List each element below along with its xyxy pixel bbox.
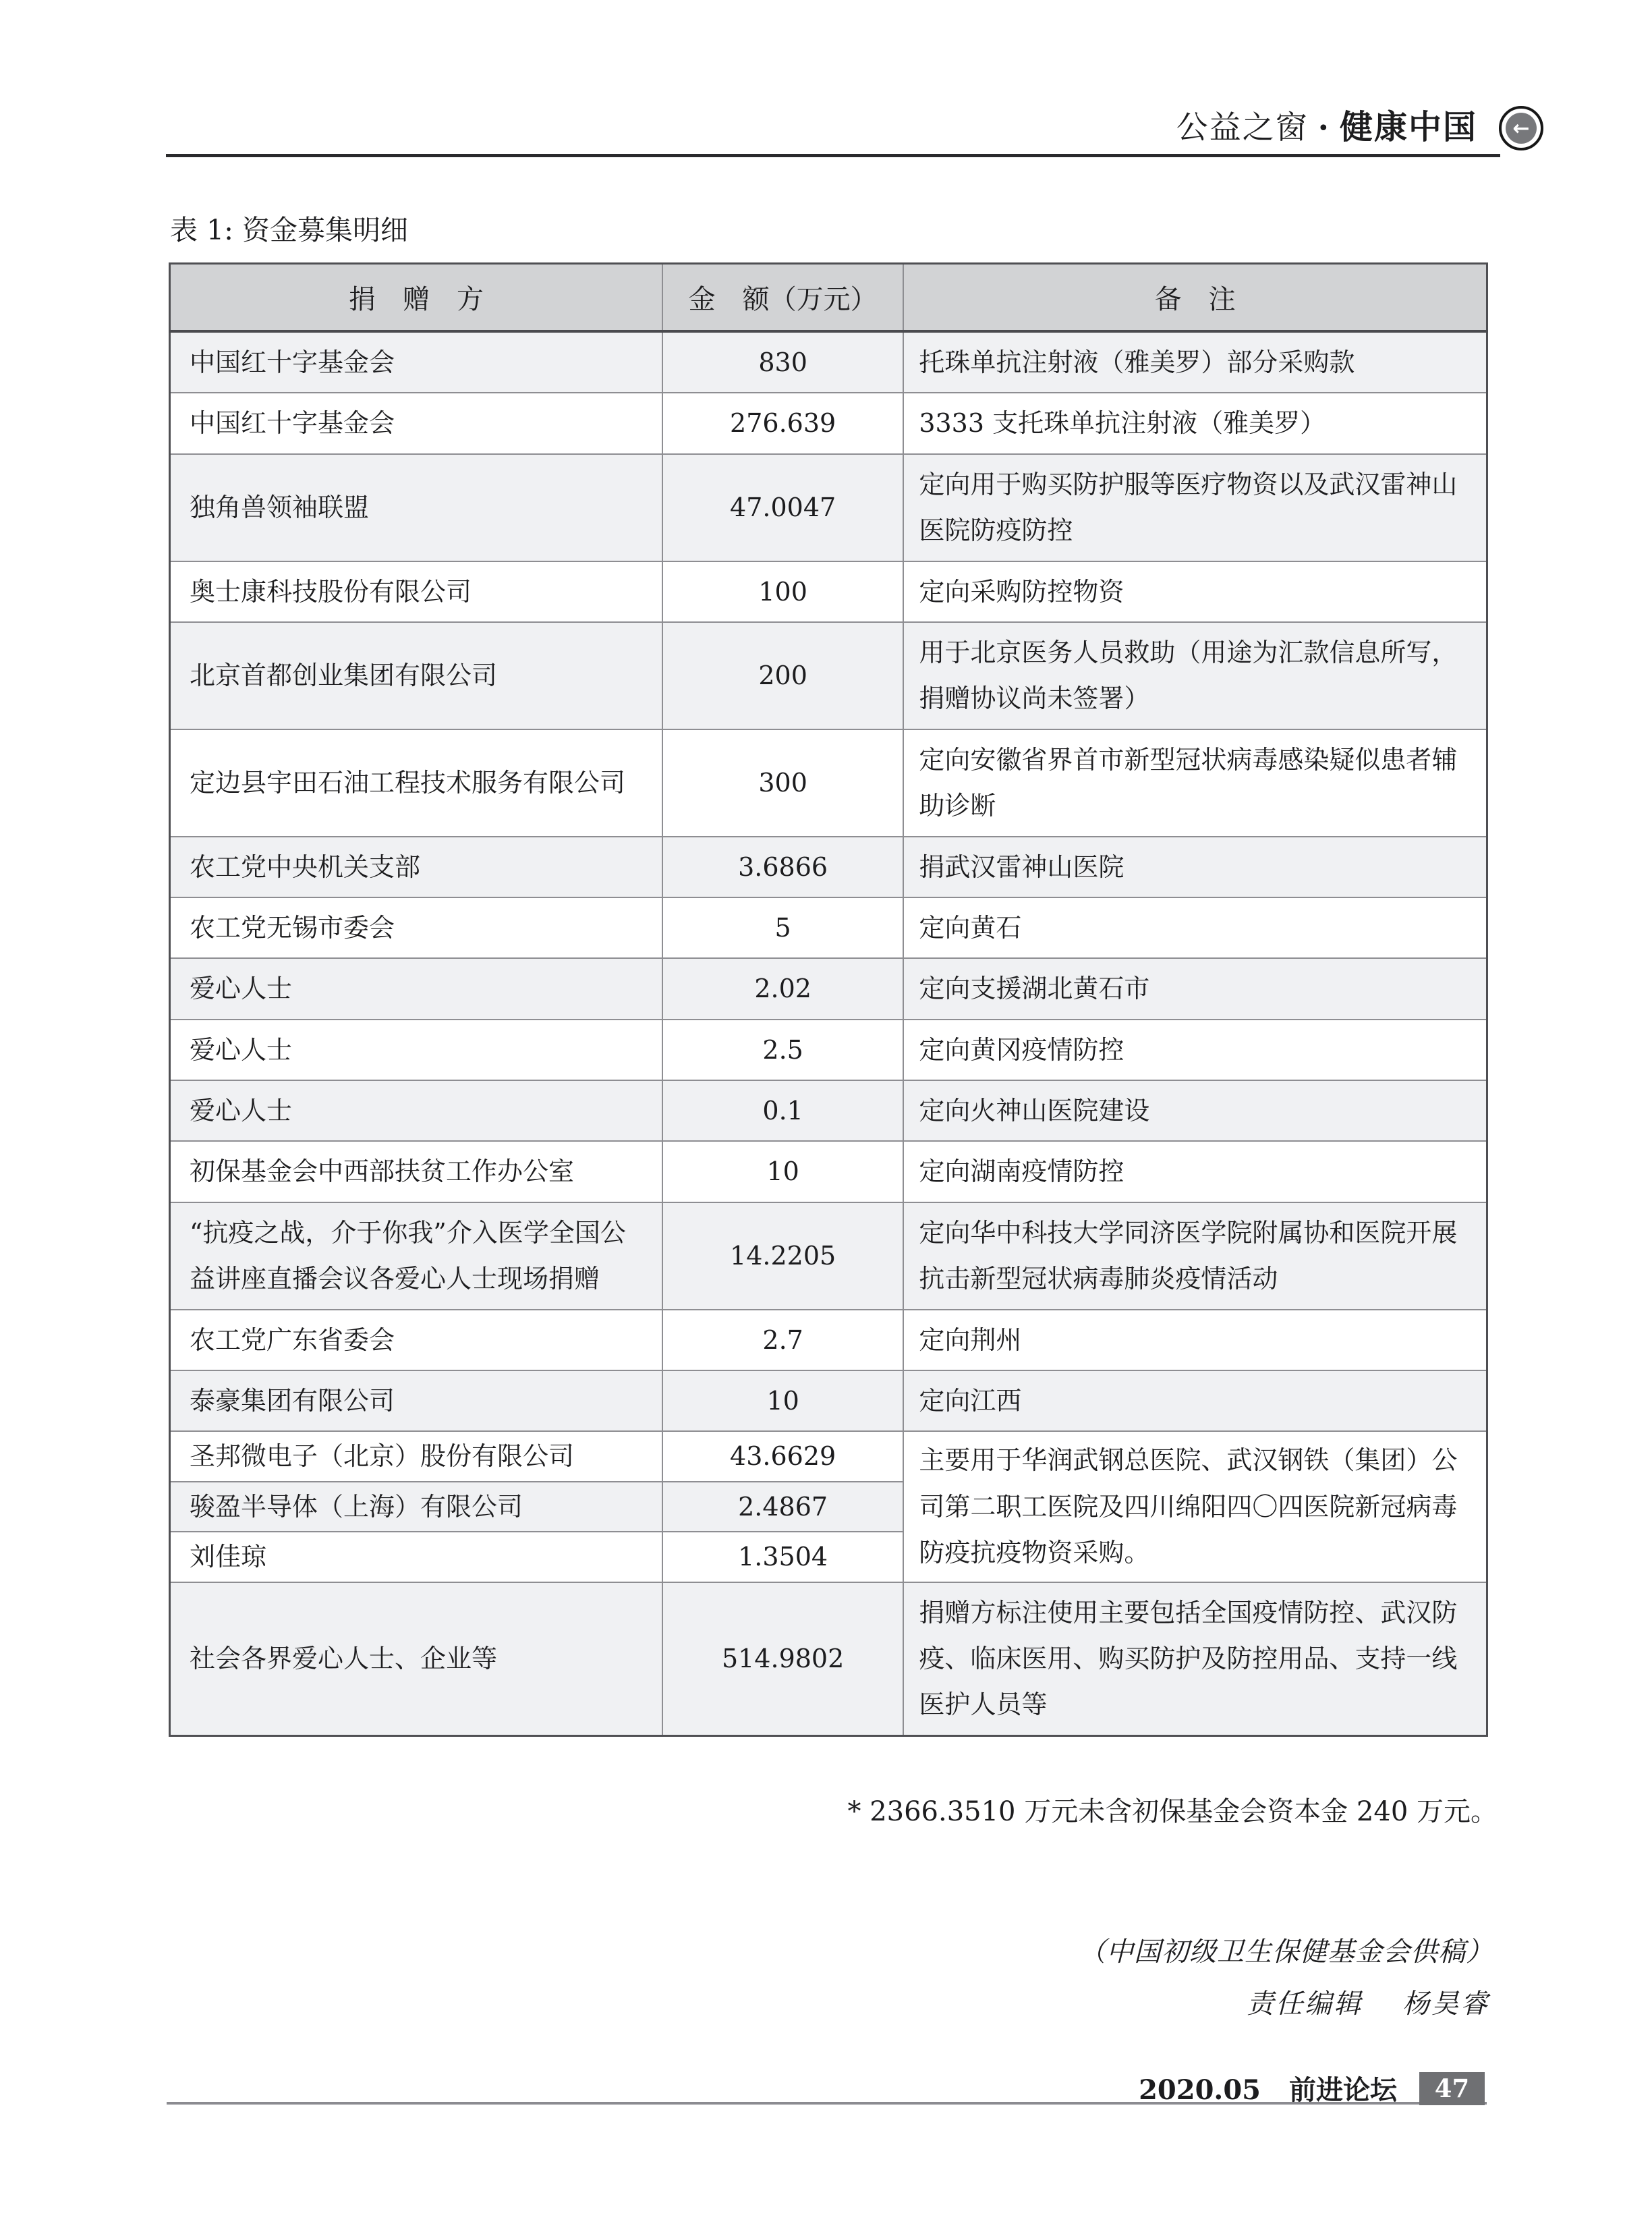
donor-cell: 爱心人士 <box>170 958 662 1019</box>
contributor-credit: （中国初级卫生保健基金会供稿） <box>1079 1930 1493 1969</box>
amount-cell: 5 <box>662 897 903 958</box>
amount-cell: 200 <box>662 622 903 729</box>
donor-cell: 泰豪集团有限公司 <box>170 1370 662 1431</box>
table-row: 爱心人士2.5定向黄冈疫情防控 <box>170 1020 1487 1080</box>
remark-cell: 定向江西 <box>903 1370 1487 1431</box>
amount-cell: 300 <box>662 729 903 837</box>
donor-cell: 农工党广东省委会 <box>170 1310 662 1370</box>
donor-cell: 独角兽领袖联盟 <box>170 454 662 561</box>
donation-table-body: 中国红十字基金会830托珠单抗注射液（雅美罗）部分采购款中国红十字基金会276.… <box>170 331 1487 1735</box>
section-header-left: 公益之窗 <box>1176 109 1309 146</box>
table-row: 奥士康科技股份有限公司100定向采购防控物资 <box>170 561 1487 622</box>
donor-cell: 爱心人士 <box>170 1080 662 1141</box>
remark-cell-merged: 主要用于华润武钢总医院、武汉钢铁（集团）公司第二职工医院及四川绵阳四〇四医院新冠… <box>903 1431 1487 1582</box>
amount-cell: 100 <box>662 561 903 622</box>
column-header-remark: 备 注 <box>903 264 1487 332</box>
column-header-amount: 金 额（万元） <box>662 264 903 332</box>
footer-rule <box>167 2102 1487 2105</box>
amount-cell: 3.6866 <box>662 837 903 897</box>
amount-cell: 2.5 <box>662 1020 903 1080</box>
table-row: 泰豪集团有限公司10定向江西 <box>170 1370 1487 1431</box>
section-header: 公益之窗·健康中国 <box>1176 101 1477 148</box>
donor-cell: 刘佳琼 <box>170 1532 662 1582</box>
table-header-row: 捐 赠 方 金 额（万元） 备 注 <box>170 264 1487 332</box>
table-row: 社会各界爱心人士、企业等514.9802捐赠方标注使用主要包括全国疫情防控、武汉… <box>170 1582 1487 1736</box>
amount-cell: 514.9802 <box>662 1582 903 1736</box>
donor-cell: 圣邦微电子（北京）股份有限公司 <box>170 1431 662 1481</box>
donor-cell: 奥士康科技股份有限公司 <box>170 561 662 622</box>
table-row: 北京首都创业集团有限公司200用于北京医务人员救助（用途为汇款信息所写，捐赠协议… <box>170 622 1487 729</box>
donor-cell: 北京首都创业集团有限公司 <box>170 622 662 729</box>
donor-cell: 农工党中央机关支部 <box>170 837 662 897</box>
table-row: 农工党广东省委会2.7定向荆州 <box>170 1310 1487 1370</box>
page-number-badge: 47 <box>1419 2072 1485 2105</box>
amount-cell: 2.4867 <box>662 1482 903 1532</box>
amount-cell: 276.639 <box>662 393 903 453</box>
table-row: 农工党无锡市委会5定向黄石 <box>170 897 1487 958</box>
table-row: 中国红十字基金会830托珠单抗注射液（雅美罗）部分采购款 <box>170 331 1487 393</box>
remark-cell: 定向支援湖北黄石市 <box>903 958 1487 1019</box>
table-title: 表 1: 资金募集明细 <box>170 208 408 248</box>
amount-cell: 10 <box>662 1141 903 1202</box>
column-header-donor: 捐 赠 方 <box>170 264 662 332</box>
table-row: 独角兽领袖联盟47.0047定向用于购买防护服等医疗物资以及武汉雷神山医院防疫防… <box>170 454 1487 561</box>
amount-cell: 1.3504 <box>662 1532 903 1582</box>
donor-cell: “抗疫之战，介于你我”介入医学全国公益讲座直播会议各爱心人士现场捐赠 <box>170 1202 662 1310</box>
donor-cell: 定边县宇田石油工程技术服务有限公司 <box>170 729 662 837</box>
remark-cell: 定向安徽省界首市新型冠状病毒感染疑似患者辅助诊断 <box>903 729 1487 837</box>
remark-cell: 捐赠方标注使用主要包括全国疫情防控、武汉防疫、临床医用、购买防护及防控用品、支持… <box>903 1582 1487 1736</box>
table-row: 定边县宇田石油工程技术服务有限公司300定向安徽省界首市新型冠状病毒感染疑似患者… <box>170 729 1487 837</box>
table-row: 初保基金会中西部扶贫工作办公室10定向湖南疫情防控 <box>170 1141 1487 1202</box>
amount-cell: 0.1 <box>662 1080 903 1141</box>
table-row: 爱心人士0.1定向火神山医院建设 <box>170 1080 1487 1141</box>
donor-cell: 爱心人士 <box>170 1020 662 1080</box>
donor-cell: 初保基金会中西部扶贫工作办公室 <box>170 1141 662 1202</box>
editor-credit: 责任编辑 杨昊睿 <box>1247 1982 1489 2021</box>
table-row: 农工党中央机关支部3.6866捐武汉雷神山医院 <box>170 837 1487 897</box>
remark-cell: 定向火神山医院建设 <box>903 1080 1487 1141</box>
donation-table: 捐 赠 方 金 额（万元） 备 注 中国红十字基金会830托珠单抗注射液（雅美罗… <box>169 262 1488 1737</box>
remark-cell: 定向黄冈疫情防控 <box>903 1020 1487 1080</box>
back-arrow-icon: ← <box>1506 113 1537 144</box>
donor-cell: 中国红十字基金会 <box>170 393 662 453</box>
remark-cell: 托珠单抗注射液（雅美罗）部分采购款 <box>903 331 1487 393</box>
amount-cell: 2.02 <box>662 958 903 1019</box>
remark-cell: 捐武汉雷神山医院 <box>903 837 1487 897</box>
journal-logo: ← <box>1499 106 1543 150</box>
amount-cell: 47.0047 <box>662 454 903 561</box>
remark-cell: 3333 支托珠单抗注射液（雅美罗） <box>903 393 1487 453</box>
amount-cell: 830 <box>662 331 903 393</box>
remark-cell: 定向黄石 <box>903 897 1487 958</box>
footer-journal-name: 前进论坛 <box>1289 2074 1397 2106</box>
header-rule <box>166 154 1500 157</box>
remark-cell: 定向采购防控物资 <box>903 561 1487 622</box>
donor-cell: 社会各界爱心人士、企业等 <box>170 1582 662 1736</box>
amount-cell: 14.2205 <box>662 1202 903 1310</box>
table-row: “抗疫之战，介于你我”介入医学全国公益讲座直播会议各爱心人士现场捐赠14.220… <box>170 1202 1487 1310</box>
table-row: 爱心人士2.02定向支援湖北黄石市 <box>170 958 1487 1019</box>
amount-cell: 10 <box>662 1370 903 1431</box>
remark-cell: 用于北京医务人员救助（用途为汇款信息所写，捐赠协议尚未签署） <box>903 622 1487 729</box>
section-header-dot: · <box>1318 109 1330 146</box>
table-row: 中国红十字基金会276.6393333 支托珠单抗注射液（雅美罗） <box>170 393 1487 453</box>
section-header-right: 健康中国 <box>1340 108 1477 146</box>
table-row: 圣邦微电子（北京）股份有限公司43.6629主要用于华润武钢总医院、武汉钢铁（集… <box>170 1431 1487 1481</box>
donor-cell: 骏盈半导体（上海）有限公司 <box>170 1482 662 1532</box>
amount-cell: 2.7 <box>662 1310 903 1370</box>
remark-cell: 定向用于购买防护服等医疗物资以及武汉雷神山医院防疫防控 <box>903 454 1487 561</box>
remark-cell: 定向湖南疫情防控 <box>903 1141 1487 1202</box>
footer-issue: 2020.05 <box>1139 2074 1261 2106</box>
table-footnote: * 2366.3510 万元未含初保基金会资本金 240 万元。 <box>847 1790 1498 1829</box>
remark-cell: 定向华中科技大学同济医学院附属协和医院开展抗击新型冠状病毒肺炎疫情活动 <box>903 1202 1487 1310</box>
amount-cell: 43.6629 <box>662 1431 903 1481</box>
remark-cell: 定向荆州 <box>903 1310 1487 1370</box>
donor-cell: 农工党无锡市委会 <box>170 897 662 958</box>
donor-cell: 中国红十字基金会 <box>170 331 662 393</box>
magazine-page: 公益之窗·健康中国 ← 表 1: 资金募集明细 捐 赠 方 金 额（万元） 备 … <box>0 0 1652 2226</box>
